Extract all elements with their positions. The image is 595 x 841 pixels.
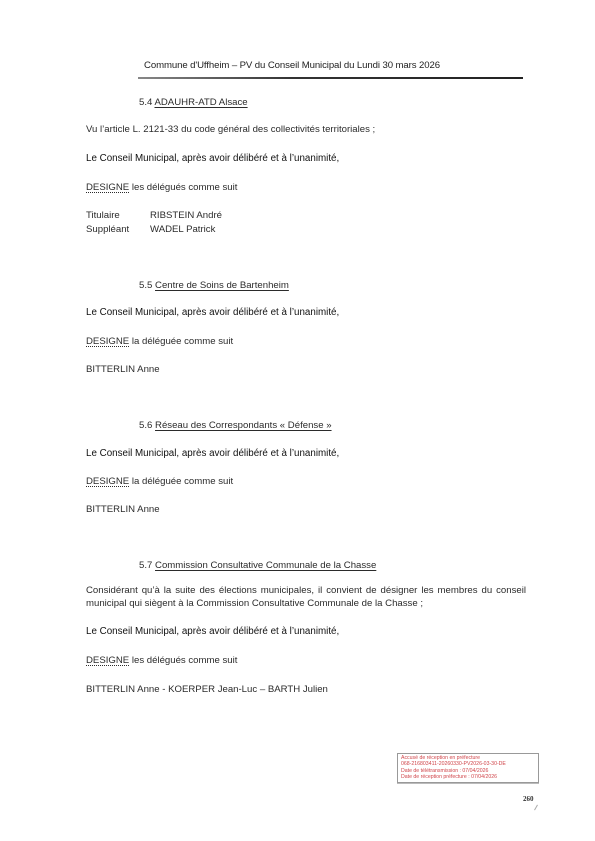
prefecture-receipt-stamp: Accusé de réception en préfecture 068-21… <box>397 753 539 783</box>
section-5-5-deliberation: Le Conseil Municipal, après avoir délibé… <box>86 307 339 318</box>
section-number: 5.6 <box>139 420 152 431</box>
section-5-4-title: 5.4 ADAUHR-ATD Alsace <box>139 97 248 108</box>
section-5-4-designe: DESIGNE les délégués comme suit <box>86 182 237 193</box>
designe-keyword: DESIGNE <box>86 182 129 193</box>
section-5-5-delegates: BITTERLIN Anne <box>86 364 160 375</box>
section-5-6-deliberation: Le Conseil Municipal, après avoir délibé… <box>86 448 339 459</box>
section-title-text: Réseau des Correspondants « Défense » <box>155 420 332 431</box>
section-title-text: Centre de Soins de Bartenheim <box>155 280 289 291</box>
section-5-7-preamble: Considérant qu’à la suite des élections … <box>86 585 526 610</box>
designe-text: la déléguée comme suit <box>129 336 233 347</box>
designe-text: les délégués comme suit <box>129 655 237 666</box>
role-label-suppleant: Suppléant <box>86 224 129 235</box>
document-header: Commune d'Uffheim – PV du Conseil Munici… <box>144 60 440 71</box>
page-number: 260 <box>523 795 534 803</box>
section-5-6-delegates: BITTERLIN Anne <box>86 504 160 515</box>
stamp-line: Date de réception préfecture : 07/04/202… <box>401 774 535 780</box>
role-name-suppleant: WADEL Patrick <box>150 224 215 235</box>
section-5-7-deliberation: Le Conseil Municipal, après avoir délibé… <box>86 626 339 637</box>
section-5-7-delegates: BITTERLIN Anne - KOERPER Jean-Luc – BART… <box>86 684 328 695</box>
section-5-4-preamble: Vu l’article L. 2121-33 du code général … <box>86 124 375 135</box>
section-5-5-designe: DESIGNE la déléguée comme suit <box>86 336 233 347</box>
section-5-6-title: 5.6 Réseau des Correspondants « Défense … <box>139 420 332 431</box>
section-number: 5.7 <box>139 560 152 571</box>
designe-keyword: DESIGNE <box>86 476 129 487</box>
designe-keyword: DESIGNE <box>86 336 129 347</box>
header-rule <box>138 77 523 79</box>
section-5-5-title: 5.5 Centre de Soins de Bartenheim <box>139 280 289 291</box>
section-5-7-designe: DESIGNE les délégués comme suit <box>86 655 237 666</box>
section-5-7-title: 5.7 Commission Consultative Communale de… <box>139 560 376 571</box>
section-title-text: ADAUHR-ATD Alsace <box>154 97 247 108</box>
section-5-6-designe: DESIGNE la déléguée comme suit <box>86 476 233 487</box>
section-5-4-deliberation: Le Conseil Municipal, après avoir délibé… <box>86 153 339 164</box>
section-number: 5.4 <box>139 97 152 108</box>
designe-text: la déléguée comme suit <box>129 476 233 487</box>
handwritten-mark <box>534 805 538 811</box>
designe-text: les délégués comme suit <box>129 182 237 193</box>
role-label-titulaire: Titulaire <box>86 210 120 221</box>
role-name-titulaire: RIBSTEIN André <box>150 210 222 221</box>
section-number: 5.5 <box>139 280 152 291</box>
section-title-text: Commission Consultative Communale de la … <box>155 560 376 571</box>
designe-keyword: DESIGNE <box>86 655 129 666</box>
